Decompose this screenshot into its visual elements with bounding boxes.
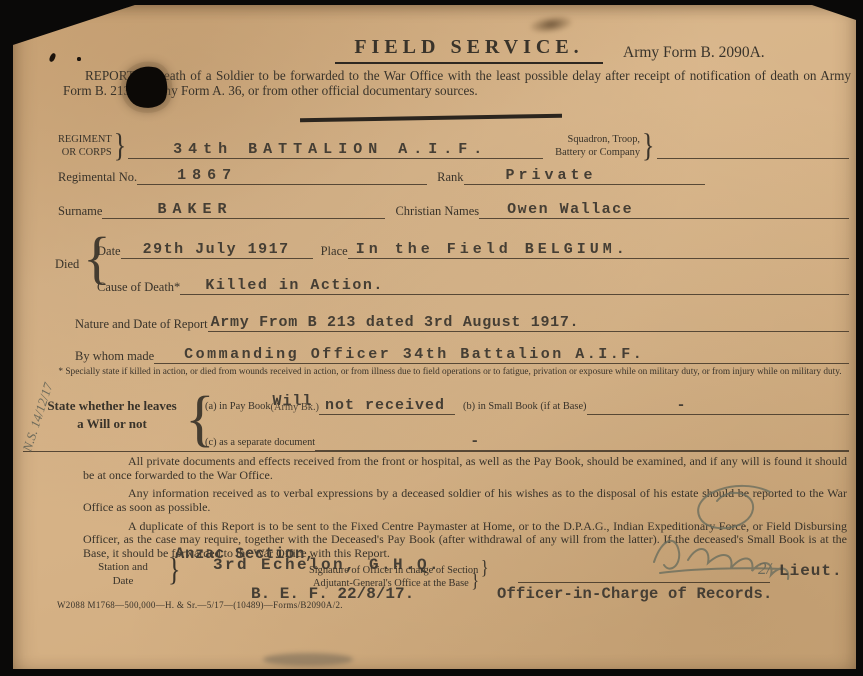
surname-value: BAKER	[157, 201, 232, 218]
surname-field: BAKER	[102, 200, 385, 219]
scanned-document: FIELD SERVICE. Army Form B. 2090A. REPOR…	[0, 0, 863, 676]
squadron-field	[657, 140, 850, 159]
squadron-label: Squadron, Troop, Battery or Company	[555, 134, 640, 159]
died-label: Died	[55, 258, 79, 273]
regimental-no-field: 1867	[137, 166, 427, 185]
will-b-field: -	[587, 396, 849, 415]
by-whom-value: Commanding Officer 34th Battalion A.I.F.	[184, 346, 644, 363]
will-a-value: not received	[325, 397, 445, 414]
footnote: * Specially state if killed in action, o…	[53, 366, 847, 378]
station-date-label: Station and Date	[79, 561, 167, 589]
page-title: FIELD SERVICE.	[335, 36, 603, 64]
will-c-value: -	[470, 433, 479, 450]
intro-paragraph: REPORT of Death of a Soldier to be forwa…	[63, 68, 851, 98]
paper-smudge	[529, 14, 573, 35]
brace: }	[114, 130, 126, 163]
scan-corner-shadow	[812, 5, 856, 20]
will-a-overlap: (Army Bk.) Will	[271, 397, 319, 415]
rank-field: Private	[464, 166, 705, 185]
regimental-no-value: 1867	[177, 167, 237, 184]
regiment-field: 34th BATTALION A.I.F.	[128, 140, 543, 159]
signature-label-line2: Adjutant-General's Office at the Base }	[313, 574, 479, 590]
section-rule	[23, 451, 849, 452]
rank-value: Private	[506, 167, 597, 184]
rank-label: Rank	[437, 171, 463, 186]
died-date-field: 29th July 1917	[121, 240, 313, 259]
signature-rank: Lieut.	[779, 562, 843, 580]
cause-of-death-label: Cause of Death*	[97, 281, 180, 296]
report-field: Army From B 213 dated 3rd August 1917.	[208, 313, 849, 332]
will-a-field: not received	[319, 396, 455, 415]
will-c-field: -	[315, 432, 849, 451]
cause-of-death-value: Killed in Action.	[205, 277, 384, 294]
surname-label: Surname	[58, 205, 102, 220]
regimental-no-label: Regimental No.	[58, 171, 137, 186]
divider-rule	[300, 114, 562, 122]
ink-speck	[77, 57, 81, 61]
died-date-value: 29th July 1917	[143, 241, 290, 258]
report-value: Army From B 213 dated 3rd August 1917.	[211, 314, 580, 331]
brace: }	[642, 130, 654, 163]
by-whom-label: By whom made	[75, 350, 154, 365]
print-code: W2088 M1768—500,000—H. & Sr.—5/17—(10489…	[57, 600, 343, 610]
regiment-value: 34th BATTALION A.I.F.	[173, 141, 488, 158]
will-b-label: (b) in Small Book (if at Base)	[463, 401, 587, 415]
brace: }	[168, 554, 180, 587]
christian-names-label: Christian Names	[395, 205, 479, 220]
paper: FIELD SERVICE. Army Form B. 2090A. REPOR…	[13, 5, 856, 669]
will-b-value: -	[677, 397, 686, 414]
christian-names-value: Owen Wallace	[507, 201, 633, 218]
cause-of-death-field: Killed in Action.	[180, 276, 849, 295]
died-place-field: In the Field BELGIUM.	[348, 240, 849, 259]
died-place-label: Place	[321, 245, 348, 260]
will-label: State whether he leaves a Will or not	[33, 397, 191, 432]
died-place-value: In the Field BELGIUM.	[356, 241, 629, 258]
form-number: Army Form B. 2090A.	[623, 44, 765, 62]
will-a-label: (a) in Pay Book	[205, 401, 271, 415]
officer-title: Officer-in-Charge of Records.	[497, 585, 773, 603]
bottom-smudge	[263, 653, 353, 666]
will-c-label: (c) as a separate document	[205, 437, 315, 451]
regiment-label: REGIMENT OR CORPS	[58, 134, 112, 159]
handwritten-rank-prefix: 2/	[758, 559, 771, 579]
by-whom-field: Commanding Officer 34th Battalion A.I.F.	[154, 345, 849, 364]
christian-names-field: Owen Wallace	[479, 200, 849, 219]
will-a-overlay: Will	[273, 393, 313, 410]
report-label: Nature and Date of Report	[75, 318, 208, 333]
died-date-label: Date	[97, 245, 121, 260]
ink-speck	[48, 52, 56, 62]
